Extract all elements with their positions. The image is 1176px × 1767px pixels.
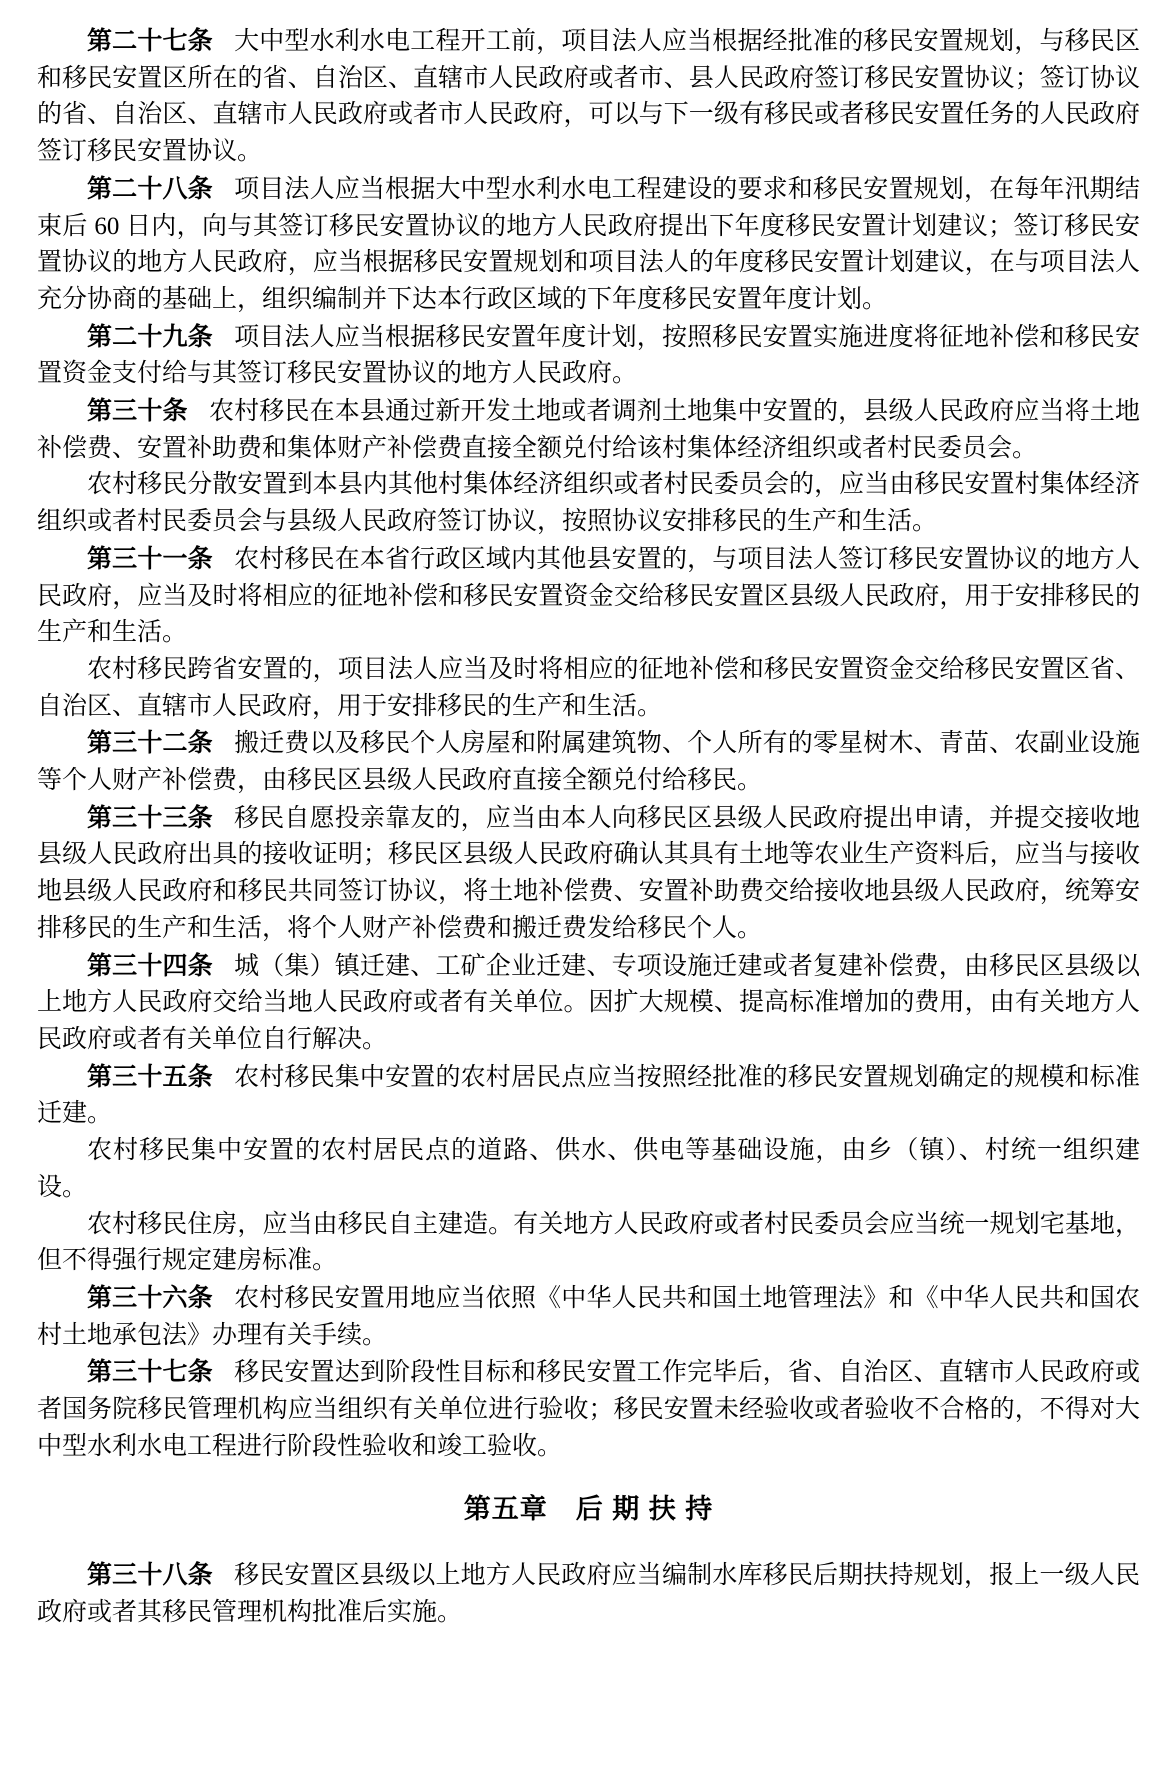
article-number: 第三十一条: [87, 545, 213, 573]
article-paragraph-33: 第三十三条移民自愿投亲靠友的，应当由本人向移民区县级人民政府提出申请，并提交接收…: [37, 800, 1140, 948]
article-number: 第三十三条: [87, 804, 213, 832]
article-number: 第二十八条: [87, 175, 213, 203]
article-paragraph-28: 第二十八条项目法人应当根据大中型水利水电工程建设的要求和移民安置规划，在每年汛期…: [37, 171, 1140, 319]
article-number: 第三十七条: [87, 1358, 213, 1386]
article-number: 第二十七条: [87, 27, 213, 55]
article-paragraph-31: 第三十一条农村移民在本省行政区域内其他县安置的，与项目法人签订移民安置协议的地方…: [37, 541, 1140, 652]
article-number: 第三十二条: [87, 729, 213, 757]
paragraph-text: 农村移民跨省安置的，项目法人应当及时将相应的征地补偿和移民安置资金交给移民安置区…: [37, 656, 1140, 720]
article-number: 第三十四条: [87, 952, 213, 980]
article-text: 农村移民在本县通过新开发土地或者调剂土地集中安置的，县级人民政府应当将土地补偿费…: [37, 398, 1140, 462]
article-paragraph-34: 第三十四条城（集）镇迁建、工矿企业迁建、专项设施迁建或者复建补偿费，由移民区县级…: [37, 948, 1140, 1059]
article-paragraph-37: 第三十七条移民安置达到阶段性目标和移民安置工作完毕后，省、自治区、直辖市人民政府…: [37, 1354, 1140, 1465]
article-paragraph-30: 第三十条农村移民在本县通过新开发土地或者调剂土地集中安置的，县级人民政府应当将土…: [37, 393, 1140, 467]
paragraph-text: 农村移民住房，应当由移民自主建造。有关地方人民政府或者村民委员会应当统一规划宅基…: [37, 1211, 1140, 1275]
article-paragraph-38: 第三十八条移民安置区县级以上地方人民政府应当编制水库移民后期扶持规划，报上一级人…: [37, 1557, 1140, 1631]
plain-paragraph: 农村移民分散安置到本县内其他村集体经济组织或者村民委员会的，应当由移民安置村集体…: [37, 467, 1140, 540]
paragraph-text: 农村移民集中安置的农村居民点的道路、供水、供电等基础设施，由乡（镇）、村统一组织…: [37, 1137, 1140, 1201]
article-number: 第三十八条: [87, 1561, 213, 1589]
article-paragraph-36: 第三十六条农村移民安置用地应当依照《中华人民共和国土地管理法》和《中华人民共和国…: [37, 1280, 1140, 1354]
article-paragraph-35: 第三十五条农村移民集中安置的农村居民点应当按照经批准的移民安置规划确定的规模和标…: [37, 1059, 1140, 1133]
article-number: 第三十五条: [87, 1063, 213, 1091]
plain-paragraph: 农村移民跨省安置的，项目法人应当及时将相应的征地补偿和移民安置资金交给移民安置区…: [37, 652, 1140, 725]
article-number: 第三十条: [87, 397, 188, 425]
plain-paragraph: 农村移民集中安置的农村居民点的道路、供水、供电等基础设施，由乡（镇）、村统一组织…: [37, 1133, 1140, 1206]
document-page: 第二十七条大中型水利水电工程开工前，项目法人应当根据经批准的移民安置规划，与移民…: [0, 0, 1176, 1767]
plain-paragraph: 农村移民住房，应当由移民自主建造。有关地方人民政府或者村民委员会应当统一规划宅基…: [37, 1207, 1140, 1280]
article-paragraph-29: 第二十九条项目法人应当根据移民安置年度计划，按照移民安置实施进度将征地补偿和移民…: [37, 319, 1140, 393]
article-paragraph-32: 第三十二条搬迁费以及移民个人房屋和附属建筑物、个人所有的零星树木、青苗、农副业设…: [37, 725, 1140, 799]
paragraph-text: 农村移民分散安置到本县内其他村集体经济组织或者村民委员会的，应当由移民安置村集体…: [37, 471, 1140, 535]
article-number: 第三十六条: [87, 1284, 213, 1312]
article-number: 第二十九条: [87, 323, 213, 351]
chapter-heading: 第五章 后 期 扶 持: [37, 1489, 1140, 1529]
article-paragraph-27: 第二十七条大中型水利水电工程开工前，项目法人应当根据经批准的移民安置规划，与移民…: [37, 23, 1140, 171]
